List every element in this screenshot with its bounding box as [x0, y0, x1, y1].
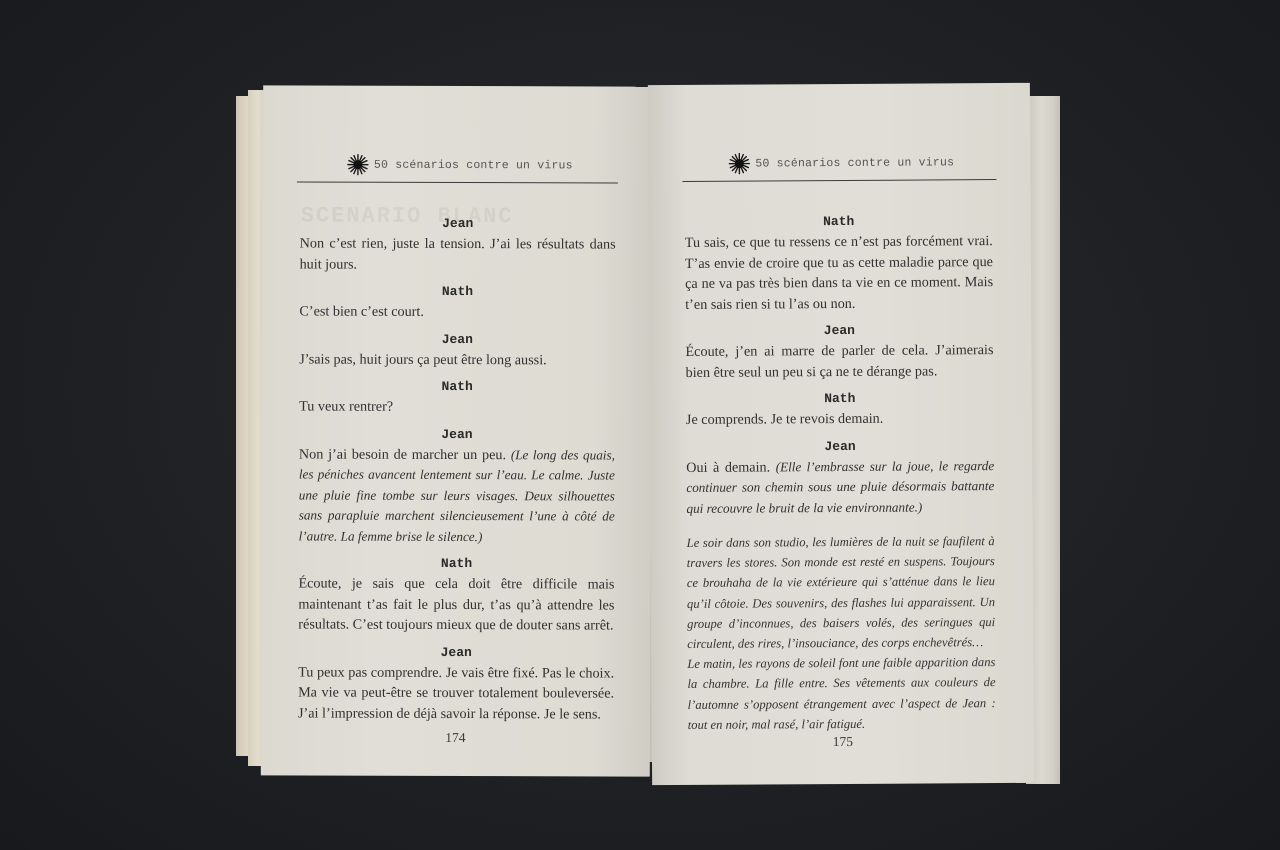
dialogue-block: Nath Tu veux rentrer? — [299, 378, 615, 418]
dialogue-block: Jean Écoute, j’en ai marre de parler de … — [685, 322, 993, 383]
dialogue-block: Jean Tu peux pas comprendre. Je vais êtr… — [298, 644, 614, 725]
narration-section: Le soir dans son studio, les lumières de… — [687, 531, 996, 735]
dialogue-block: Jean Oui à demain. (Elle l’embrasse sur … — [686, 438, 994, 519]
left-page-body: Jean Non c’est rien, juste la tension. J… — [298, 215, 616, 733]
running-header: 50 scénarios contre un virus — [682, 149, 996, 182]
dialogue-text: Tu sais, ce que tu ressens ce n’est pas … — [685, 231, 993, 315]
dialogue-text: Écoute, j’en ai marre de parler de cela.… — [685, 340, 993, 383]
dialogue-block: Nath C’est bien c’est court. — [299, 283, 615, 323]
speaker-name: Nath — [299, 283, 615, 299]
dialogue-text: Non c’est rien, juste la tension. J’ai l… — [300, 233, 616, 275]
page-number: 175 — [652, 733, 1034, 751]
virus-icon — [347, 154, 369, 176]
right-page-body: Nath Tu sais, ce que tu ressens ce n’est… — [685, 213, 996, 735]
running-header-title: 50 scénarios contre un virus — [374, 158, 573, 172]
dialogue-text: J’sais pas, huit jours ça peut être long… — [299, 349, 615, 371]
right-page: 50 scénarios contre un virus Nath Tu sai… — [648, 83, 1034, 785]
dialogue-text: Tu peux pas comprendre. Je vais être fix… — [298, 662, 614, 725]
speaker-name: Nath — [299, 378, 615, 394]
page-number: 174 — [261, 729, 650, 746]
dialogue-text: Tu veux rentrer? — [299, 396, 615, 418]
dialogue-line: Oui à demain. — [686, 459, 770, 476]
dialogue-block: Nath Je comprends. Je te revois demain. — [686, 390, 994, 430]
dialogue-block: Jean Non c’est rien, juste la tension. J… — [300, 215, 616, 275]
virus-icon — [728, 153, 750, 175]
dialogue-text: Je comprends. Je te revois demain. — [686, 408, 994, 430]
dialogue-text: Oui à demain. (Elle l’embrasse sur la jo… — [686, 456, 994, 519]
dialogue-block: Nath Tu sais, ce que tu ressens ce n’est… — [685, 213, 994, 315]
running-header-title: 50 scénarios contre un virus — [755, 156, 954, 170]
left-page: SCENARIO BLANC 50 scénarios contre un vi… — [261, 85, 652, 776]
dialogue-text: Non j’ai besoin de marcher un peu. (Le l… — [299, 444, 615, 548]
speaker-name: Jean — [299, 331, 615, 347]
dialogue-text: Écoute, je sais que cela doit être diffi… — [298, 573, 614, 636]
dialogue-line: Non j’ai besoin de marcher un peu. — [299, 446, 506, 463]
speaker-name: Jean — [300, 215, 616, 231]
dialogue-block: Nath Écoute, je sais que cela doit être … — [298, 555, 614, 636]
speaker-name: Jean — [299, 426, 615, 442]
speaker-name: Jean — [685, 322, 993, 339]
dialogue-text: C’est bien c’est court. — [299, 301, 615, 323]
narration-paragraph: Le soir dans son studio, les lumières de… — [687, 531, 996, 654]
speaker-name: Nath — [299, 555, 615, 571]
speaker-name: Jean — [298, 644, 614, 660]
running-header: 50 scénarios contre un virus — [297, 151, 618, 183]
speaker-name: Jean — [686, 438, 994, 455]
dialogue-block: Jean Non j’ai besoin de marcher un peu. … — [299, 426, 615, 548]
speaker-name: Nath — [686, 390, 994, 407]
narration-paragraph: Le matin, les rayons de soleil font une … — [687, 652, 995, 735]
dialogue-block: Jean J’sais pas, huit jours ça peut être… — [299, 331, 615, 371]
speaker-name: Nath — [685, 213, 993, 230]
